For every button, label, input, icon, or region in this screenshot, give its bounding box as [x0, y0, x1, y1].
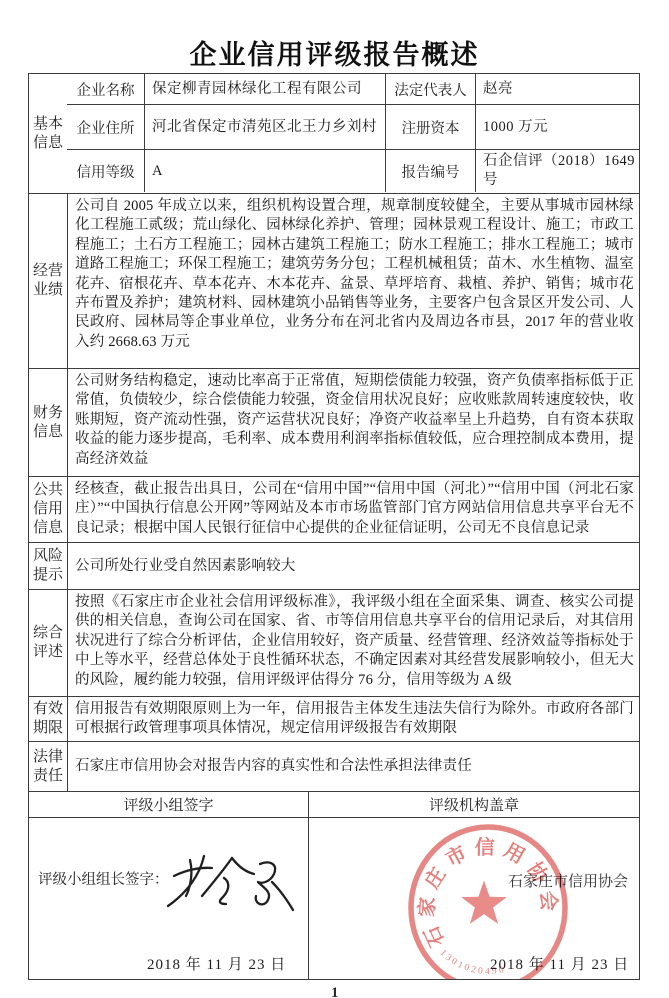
field-value-company-name: 保定柳青园林绿化工程有限公司 [144, 74, 385, 104]
seal-code-text: 1301020490 [438, 948, 508, 977]
table-row: 企业名称 保定柳青园林绿化工程有限公司 法定代表人 赵亮 [67, 74, 639, 104]
section-label-risk-notice: 风险 提示 [29, 543, 67, 589]
field-label-legal-representative: 法定代表人 [385, 74, 475, 104]
section-label-public-credit-info: 公共 信用 信息 [29, 477, 67, 542]
section-label-business-performance: 经营 业绩 [29, 194, 67, 368]
team-signature-date: 2018 年 11 月 23 日 [147, 953, 286, 974]
official-red-seal: 石家庄市信用协会 1301020490 [395, 818, 581, 979]
section-label-basic-info: 基本 信息 [29, 74, 67, 193]
handwritten-signature [160, 852, 298, 916]
signature-body-row: 评级小组组长签字： 2018 年 11 月 23 日 石家庄市信用协会 2018… [29, 817, 639, 979]
field-label-credit-grade: 信用等级 [67, 150, 144, 192]
field-value-text: 石企信评（2018）1649 号 [483, 152, 635, 190]
field-value-company-address: 河北省保定市清苑区北王力乡刘村 [144, 105, 385, 149]
scanned-report-page: { "page": { "title": "企业信用评级报告概述", "page… [0, 0, 669, 998]
section-risk-notice: 风险 提示 公司所处行业受自然因素影响较大 [29, 542, 639, 589]
field-value-text: 赵亮 [483, 80, 513, 99]
signature-header-row: 评级小组签字 评级机构盖章 [29, 791, 639, 817]
section-text-business-performance: 公司自 2005 年成立以来，组织机构设置合理，规章制度较健全，主要从事城市园林… [67, 194, 639, 368]
section-text-public-credit-info: 经核查，截止报告出具日，公司在“信用中国”“信用中国（河北）”“信用中国（河北石… [67, 477, 639, 542]
team-signature-cell: 评级小组组长签字： 2018 年 11 月 23 日 [29, 818, 308, 979]
field-label-registered-capital: 注册资本 [385, 105, 475, 149]
section-basic-info: 基本 信息 企业名称 保定柳青园林绿化工程有限公司 法定代表人 赵亮 企业住所 … [29, 74, 639, 193]
section-financial-info: 财务 信息 公司财务结构稳定，速动比率高于正常值，短期偿债能力较强，资产负债率指… [29, 368, 639, 476]
section-public-credit-info: 公共 信用 信息 经核查，截止报告出具日，公司在“信用中国”“信用中国（河北）”… [29, 476, 639, 542]
field-value-text: 1000 万元 [483, 118, 548, 137]
seal-star [461, 881, 507, 924]
page-number: 1 [331, 985, 339, 998]
field-value-report-number: 石企信评（2018）1649 号 [475, 150, 639, 192]
section-overall-review: 综合 评述 按照《石家庄市企业社会信用评级标准》，我评级小组在全面采集、调查、核… [29, 589, 639, 696]
section-text-legal-liability: 石家庄市信用协会对报告内容的真实性和合法性承担法律责任 [67, 742, 639, 791]
section-label-legal-liability: 法律 责任 [29, 742, 67, 791]
section-business-performance: 经营 业绩 公司自 2005 年成立以来，组织机构设置合理，规章制度较健全，主要… [29, 193, 639, 368]
field-label-report-number: 报告编号 [385, 150, 475, 192]
section-label-overall-review: 综合 评述 [29, 590, 67, 696]
team-leader-signature-label: 评级小组组长签字： [38, 868, 169, 889]
field-label-company-name: 企业名称 [67, 74, 144, 104]
table-row: 企业住所 河北省保定市清苑区北王力乡刘村 注册资本 1000 万元 [67, 104, 639, 149]
section-text-validity-period: 信用报告有效期限原则上为一年，信用报告主体发生违法失信行为除外。市政府各部门可根… [67, 697, 639, 741]
table-row: 信用等级 A 报告编号 石企信评（2018）1649 号 [67, 149, 639, 192]
field-label-company-address: 企业住所 [67, 105, 144, 149]
section-text-risk-notice: 公司所处行业受自然因素影响较大 [67, 543, 639, 589]
field-value-text: A [152, 162, 163, 181]
section-label-validity-period: 有效 期限 [29, 697, 67, 741]
field-value-credit-grade: A [144, 150, 385, 192]
basic-info-grid: 企业名称 保定柳青园林绿化工程有限公司 法定代表人 赵亮 企业住所 河北省保定市… [67, 74, 639, 193]
field-value-text: 河北省保定市清苑区北王力乡刘村 [152, 118, 377, 137]
field-value-text: 保定柳青园林绿化工程有限公司 [152, 80, 362, 99]
report-table: 基本 信息 企业名称 保定柳青园林绿化工程有限公司 法定代表人 赵亮 企业住所 … [28, 73, 640, 980]
section-text-overall-review: 按照《石家庄市企业社会信用评级标准》，我评级小组在全面采集、调查、核实公司提供的… [67, 590, 639, 696]
team-signature-header: 评级小组签字 [29, 792, 308, 817]
section-text-financial-info: 公司财务结构稳定，速动比率高于正常值，短期偿债能力较强，资产负债率指标低于正常值… [67, 369, 639, 476]
section-label-financial-info: 财务 信息 [29, 369, 67, 476]
field-value-legal-representative: 赵亮 [475, 74, 639, 104]
page-title: 企业信用评级报告概述 [0, 33, 669, 72]
org-seal-header: 评级机构盖章 [308, 792, 639, 817]
field-value-registered-capital: 1000 万元 [475, 105, 639, 149]
section-legal-liability: 法律 责任 石家庄市信用协会对报告内容的真实性和合法性承担法律责任 [29, 741, 639, 791]
org-seal-cell: 石家庄市信用协会 2018 年 11 月 23 日 石家庄市信用协会 13010… [308, 818, 639, 979]
section-validity-period: 有效 期限 信用报告有效期限原则上为一年，信用报告主体发生违法失信行为除外。市政… [29, 696, 639, 741]
